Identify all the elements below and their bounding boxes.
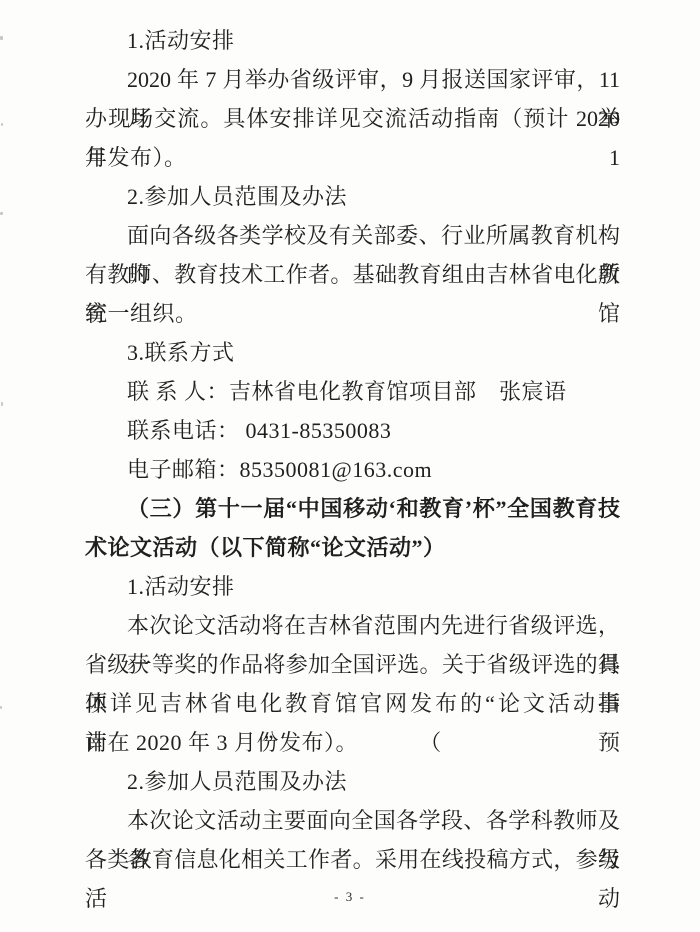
- text-line: 项详见吉林省电化教育馆官网发布的“论文活动指南”（预: [85, 684, 620, 723]
- text-line: 2.参加人员范围及办法: [85, 762, 620, 801]
- scan-artifact: [0, 36, 3, 40]
- text-line: 办现场交流。具体安排详见交流活动指南（预计 2020 年 1: [85, 99, 620, 138]
- text-line: 面向各级各类学校及有关部委、行业所属教育机构的所: [85, 216, 620, 255]
- text-line: 联系电话： 0431-85350083: [85, 411, 620, 450]
- text-line: 省级一等奖的作品将参加全国评选。关于省级评选的具体事: [85, 645, 620, 684]
- text-line: 本次论文活动主要面向全国各学段、各学科教师及各级: [85, 801, 620, 840]
- text-line: 电子邮箱：85350081@163.com: [85, 450, 620, 489]
- text-line: 2020 年 7 月举办省级评审，9 月报送国家评审，11 月举: [85, 60, 620, 99]
- text-line: 各类教育信息化相关工作者。采用在线投稿方式，参与活动: [85, 840, 620, 879]
- scan-artifact: [0, 212, 3, 215]
- scan-artifact: [1, 123, 3, 126]
- text-line: 3.联系方式: [85, 333, 620, 372]
- text-line: 1.活动安排: [85, 21, 620, 60]
- text-line: 联 系 人：吉林省电化教育馆项目部 张宸语: [85, 372, 620, 411]
- text-line: 2.参加人员范围及办法: [85, 177, 620, 216]
- document-page: 1.活动安排2020 年 7 月举办省级评审，9 月报送国家评审，11 月举办现…: [0, 0, 700, 932]
- text-line: （三）第十一届“中国移动‘和教育’杯”全国教育技: [85, 489, 620, 528]
- scan-artifact: [1, 402, 3, 406]
- text-line: 术论文活动（以下简称“论文活动”）: [85, 528, 620, 567]
- document-body: 1.活动安排2020 年 7 月举办省级评审，9 月报送国家评审，11 月举办现…: [85, 21, 620, 879]
- text-line: 本次论文活动将在吉林省范围内先进行省级评选，获得: [85, 606, 620, 645]
- text-line: 1.活动安排: [85, 567, 620, 606]
- scan-artifact: [0, 706, 2, 709]
- text-line: 有教师、教育技术工作者。基础教育组由吉林省电化教育馆: [85, 255, 620, 294]
- page-number: - 3 -: [0, 889, 700, 905]
